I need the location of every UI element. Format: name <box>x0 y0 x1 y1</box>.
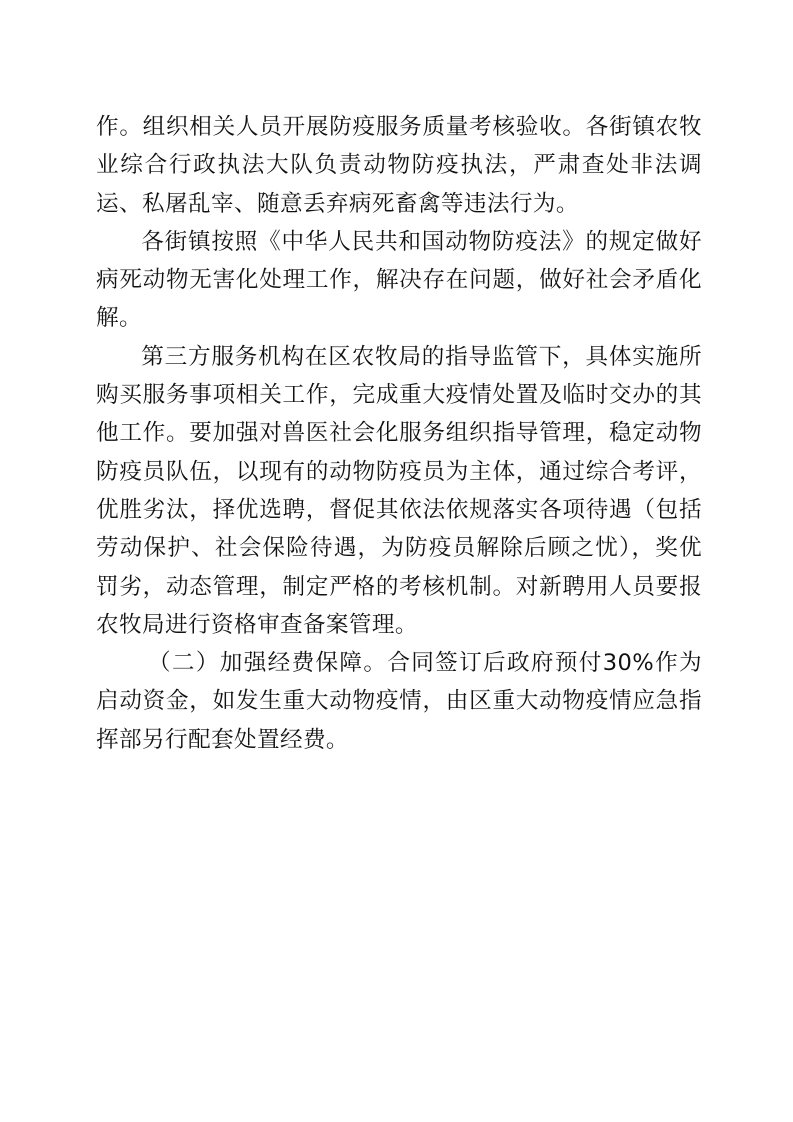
section-heading: （二）加强经费保障。 <box>148 650 387 676</box>
paragraph-harmless-disposal: 各街镇按照《中华人民共和国动物防疫法》的规定做好病死动物无害化处理工作，解决存在… <box>96 223 702 338</box>
paragraph-funding-guarantee: （二）加强经费保障。合同签订后政府预付30%作为启动资金，如发生重大动物疫情，由… <box>96 644 702 759</box>
paragraph-continuation: 作。组织相关人员开展防疫服务质量考核验收。各街镇农牧业综合行政执法大队负责动物防… <box>96 108 702 223</box>
document-page: 作。组织相关人员开展防疫服务质量考核验收。各街镇农牧业综合行政执法大队负责动物防… <box>96 108 702 759</box>
paragraph-third-party-service: 第三方服务机构在区农牧局的指导监管下，具体实施所购买服务事项相关工作，完成重大疫… <box>96 338 702 644</box>
